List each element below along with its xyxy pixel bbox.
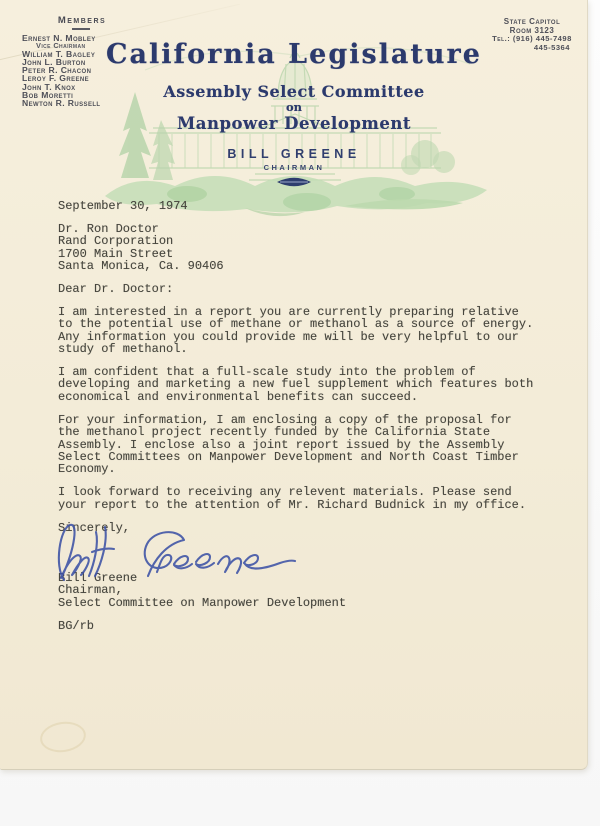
members-list: Members Ernest N. Mobley Vice Chairman W… (22, 15, 178, 107)
paper-stain (38, 719, 88, 755)
members-rule (72, 28, 90, 30)
signer-committee: Select Committee on Manpower Development (58, 597, 558, 609)
signature-area (58, 534, 558, 572)
member-name: Newton R. Russell (22, 99, 178, 107)
capitol-phone-2: 445-5364 (486, 44, 578, 53)
reference-initials: BG/rb (58, 620, 558, 632)
paragraph-4: I look forward to receiving any relevent… (58, 486, 558, 511)
capitol-contact-info: State Capitol Room 3123 Tel.: (916) 445-… (486, 18, 578, 52)
letter-body: September 30, 1974 Dr. Ron Doctor Rand C… (58, 200, 558, 632)
ornament-icon (0, 174, 588, 192)
chairman-title: CHAIRMAN (0, 163, 588, 172)
letter-page: Members Ernest N. Mobley Vice Chairman W… (0, 0, 588, 770)
recipient-address: Dr. Ron Doctor Rand Corporation 1700 Mai… (58, 223, 558, 273)
chairman-name: BILL GREENE (0, 148, 588, 161)
salutation: Dear Dr. Doctor: (58, 283, 558, 295)
paragraph-3: For your information, I am enclosing a c… (58, 414, 558, 476)
letter-date: September 30, 1974 (58, 200, 558, 212)
handwritten-signature (48, 512, 298, 588)
paragraph-1: I am interested in a report you are curr… (58, 306, 558, 356)
committee-line-3: Manpower Development (0, 115, 588, 133)
members-heading: Members (22, 15, 142, 26)
paragraph-2: I am confident that a full-scale study i… (58, 366, 558, 403)
